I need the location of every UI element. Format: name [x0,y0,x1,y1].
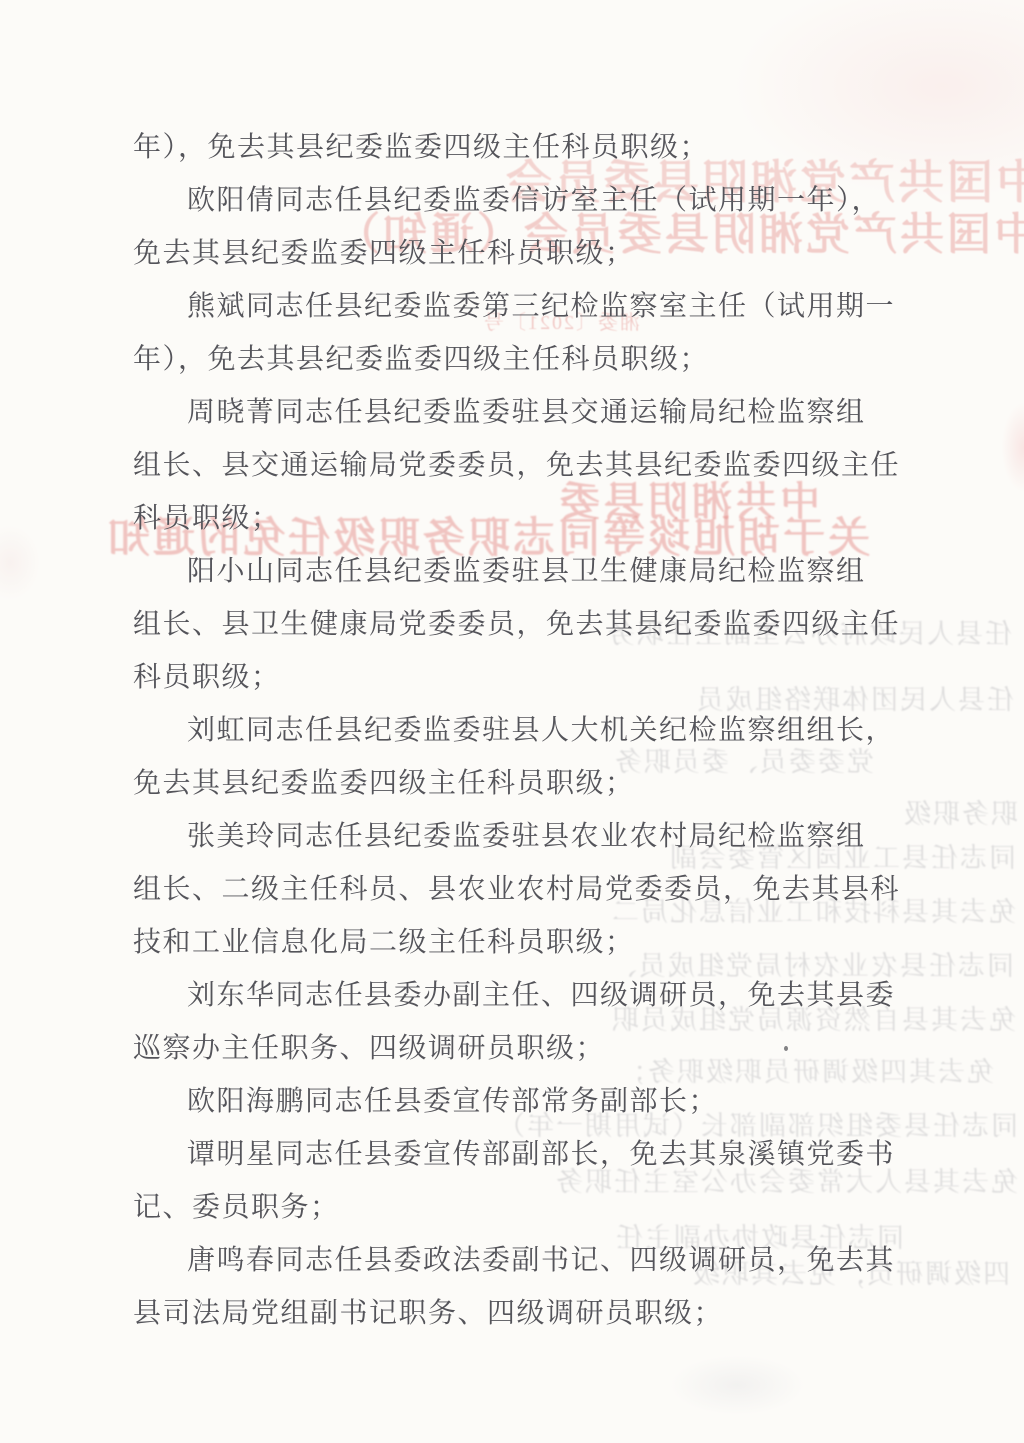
document-body: 年），免去其县纪委监委四级主任科员职级； 欧阳倩同志任县纪委监委信访室主任（试用… [0,0,1024,1337]
body-line: 记、委员职务； [133,1178,1024,1231]
body-line: 科员职级； [133,489,1024,542]
body-line: 组长、县交通运输局党委委员，免去其县纪委监委四级主任 [133,436,1024,489]
stray-mark [784,1046,788,1051]
body-line: 欧阳倩同志任县纪委监委信访室主任（试用期一年）， [133,171,1024,224]
body-line: 熊斌同志任县纪委监委第三纪检监察室主任（试用期一 [133,277,1024,330]
body-line: 县司法局党组副书记职务、四级调研员职级； [133,1284,1024,1337]
body-line: 刘东华同志任县委办副主任、四级调研员，免去其县委 [133,966,1024,1019]
scanned-document-page: 中国共产党湘阴县委员会 中国共产党湘阴县委员会（通知） 湘委〔2021〕号 中共… [0,0,1024,1443]
body-line: 谭明星同志任县委宣传部副部长，免去其泉溪镇党委书 [133,1125,1024,1178]
body-line: 年），免去其县纪委监委四级主任科员职级； [133,118,1024,171]
body-line: 技和工业信息化局二级主任科员职级； [133,913,1024,966]
body-line: 免去其县纪委监委四级主任科员职级； [133,754,1024,807]
body-line: 唐鸣春同志任县委政法委副书记、四级调研员，免去其 [133,1231,1024,1284]
body-line: 周晓菁同志任县纪委监委驻县交通运输局纪检监察组 [133,383,1024,436]
body-line: 张美玲同志任县纪委监委驻县农业农村局纪检监察组 [133,807,1024,860]
body-line: 年），免去其县纪委监委四级主任科员职级； [133,330,1024,383]
body-line: 组长、县卫生健康局党委委员，免去其县纪委监委四级主任 [133,595,1024,648]
body-line: 巡察办主任职务、四级调研员职级； [133,1019,1024,1072]
body-line: 组长、二级主任科员、县农业农村局党委委员，免去其县科 [133,860,1024,913]
body-line: 刘虹同志任县纪委监委驻县人大机关纪检监察组组长， [133,701,1024,754]
body-line: 欧阳海鹏同志任县委宣传部常务副部长； [133,1072,1024,1125]
body-line: 免去其县纪委监委四级主任科员职级； [133,224,1024,277]
body-line: 科员职级； [133,648,1024,701]
body-line: 阳小山同志任县纪委监委驻县卫生健康局纪检监察组 [133,542,1024,595]
